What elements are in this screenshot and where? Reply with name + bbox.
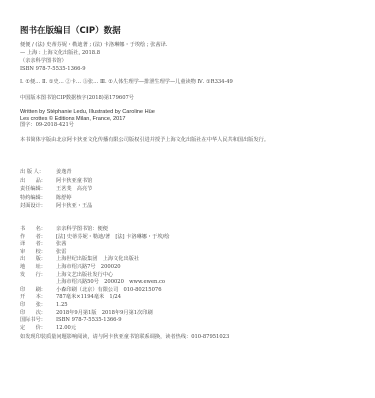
staff-label: 出 品：	[20, 177, 56, 186]
staff-list: 出 版 人：姜逸青 出 品：阿卡狄亚童书馆 责任编辑：王茗斐 高亮节 特约编辑：…	[20, 168, 92, 211]
detail-row: 印 次：2018年9月第1版 2018年9月第1次印刷	[20, 310, 169, 318]
cip-line-1: 便便 / (法) 史蒂芬妮・勒迪著 ; (法) 卡洛琳娜・于埃绘 ; 张茜译.	[20, 41, 168, 49]
detail-label: 定 价：	[20, 325, 56, 333]
detail-label: 发 行：	[20, 272, 56, 280]
credits-block: Written by Stéphanie Ledu, Illustrated b…	[20, 109, 155, 129]
detail-value: 上海市绍兴路50号 200020 www.ewen.co	[56, 279, 165, 287]
detail-row: 开 本：787毫米×1194毫米 1/24	[20, 294, 169, 302]
cip-line-2: — 上海 : 上海文化出版社, 2018.8	[20, 49, 168, 57]
credits-written: Written by Stéphanie Ledu, Illustrated b…	[20, 109, 155, 116]
staff-value: 阿卡狄亚・王晶	[56, 202, 92, 211]
detail-row: 出 版：上海世纪出版集团 上海文化出版社	[20, 256, 169, 264]
detail-label: 书 名：	[20, 226, 56, 234]
detail-label: 印 次：	[20, 310, 56, 318]
staff-label: 出 版 人：	[20, 168, 56, 177]
staff-row: 出 版 人：姜逸青	[20, 168, 92, 177]
rights-statement: 本书简体字版由北京阿卡狄亚文化传播有限公司版权引进并授予上海文化出版社在中华人民…	[20, 136, 269, 144]
credits-license: 图字：09-2018-421号	[20, 122, 155, 129]
detail-label: 印 张：	[20, 302, 56, 310]
staff-row: 特约编辑：陈舒婷	[20, 194, 92, 203]
staff-label: 封面设计：	[20, 202, 56, 211]
detail-row: 地 址：上海市绍兴路7号 200020	[20, 264, 169, 272]
cip-record: 中国版本图书馆CIP数据核字(2018)第179607号	[20, 94, 134, 102]
detail-row: 译 者：张茜	[20, 241, 169, 249]
detail-value: 上海市绍兴路7号 200020	[56, 264, 121, 272]
staff-row: 封面设计：阿卡狄亚・王晶	[20, 202, 92, 211]
detail-label	[20, 279, 56, 287]
details-list: 书 名：亲亲科学图书馆：便便 作 者：[法] 史蒂芬妮・勒迪/著 [法] 卡洛琳…	[20, 226, 169, 332]
staff-value: 姜逸青	[56, 168, 72, 177]
detail-value: [法] 史蒂芬妮・勒迪/著 [法] 卡洛琳娜・于埃/绘	[56, 234, 169, 242]
staff-value: 陈舒婷	[56, 194, 72, 203]
detail-label: 译 者：	[20, 241, 56, 249]
cip-classification: Ⅰ. ①便… Ⅱ. ①史… ②卡… ③张… Ⅲ. ①人体生理学—排泄生理学—儿童…	[20, 78, 233, 86]
staff-value: 阿卡狄亚童书馆	[56, 177, 92, 186]
detail-row: 上海市绍兴路50号 200020 www.ewen.co	[20, 279, 169, 287]
detail-row: 印 张：1.25	[20, 302, 169, 310]
detail-label: 地 址：	[20, 264, 56, 272]
detail-label: 国际书号：	[20, 317, 56, 325]
detail-value: 2018年9月第1版 2018年9月第1次印刷	[56, 310, 153, 318]
staff-label: 责任编辑：	[20, 185, 56, 194]
cip-heading: 图书在版编目（CIP）数据	[20, 24, 121, 36]
staff-value: 王茗斐 高亮节	[56, 185, 92, 194]
detail-value: 12.00元	[56, 325, 76, 333]
detail-value: 1.25	[56, 302, 68, 310]
detail-value: 787毫米×1194毫米 1/24	[56, 294, 121, 302]
cip-line-3: （亲亲科学图书馆）	[20, 57, 168, 65]
staff-row: 出 品：阿卡狄亚童书馆	[20, 177, 92, 186]
cip-block: 便便 / (法) 史蒂芬妮・勒迪著 ; (法) 卡洛琳娜・于埃绘 ; 张茜译. …	[20, 41, 168, 73]
detail-row: 国际书号：ISBN 978-7-5535-1366-9	[20, 317, 169, 325]
detail-label: 出 版：	[20, 256, 56, 264]
staff-label: 特约编辑：	[20, 194, 56, 203]
detail-value: ISBN 978-7-5535-1366-9	[56, 317, 122, 325]
quality-notice: 如发现印装质量问题影响阅读，请与阿卡狄亚童书馆联系调换，读者热线：010-879…	[20, 333, 229, 341]
cip-line-4: ISBN 978-7-5535-1366-9	[20, 65, 168, 73]
detail-value: 亲亲科学图书馆：便便	[56, 226, 108, 234]
detail-row: 定 价：12.00元	[20, 325, 169, 333]
detail-value: 上海世纪出版集团 上海文化出版社	[56, 256, 139, 264]
staff-row: 责任编辑：王茗斐 高亮节	[20, 185, 92, 194]
detail-row: 书 名：亲亲科学图书馆：便便	[20, 226, 169, 234]
detail-label: 开 本：	[20, 294, 56, 302]
detail-value: 张茜	[56, 241, 66, 249]
